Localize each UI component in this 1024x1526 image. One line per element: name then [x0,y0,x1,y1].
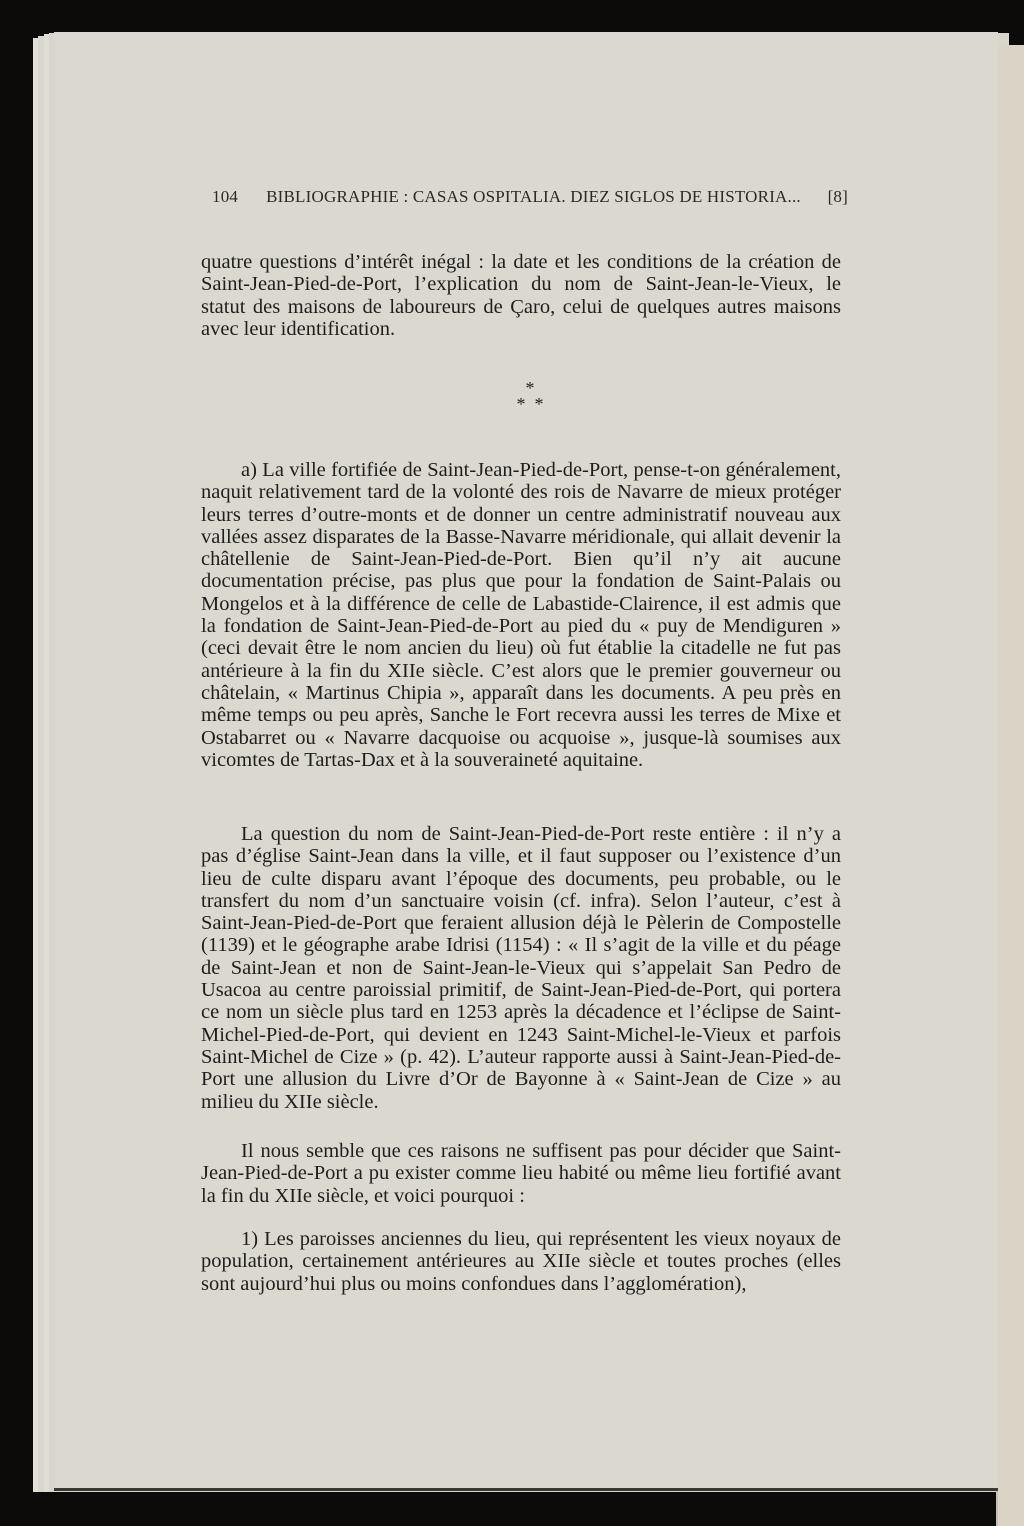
page-number: 104 [212,187,238,207]
running-head: 104 BIBLIOGRAPHIE : CASAS OSPITALIA. DIE… [212,187,848,207]
facing-page-edge [996,45,1024,1526]
section-point-1: 1) Les paroisses anciennes du lieu, qui … [201,1228,841,1295]
running-head-title: BIBLIOGRAPHIE : CASAS OSPITALIA. DIEZ SI… [266,187,827,207]
paragraph: La question du nom de Saint-Jean-Pied-de… [201,823,841,1113]
asterism-divider: * * * [480,380,580,412]
section-argument-intro: Il nous semble que ces raisons ne suffis… [201,1140,841,1207]
paragraph: a) La ville fortifiée de Saint-Jean-Pied… [201,459,841,771]
section-marker: [8] [828,187,848,207]
paragraph: 1) Les paroisses anciennes du lieu, qui … [201,1228,841,1295]
paragraph: quatre questions d’intérêt inégal : la d… [201,251,841,340]
section-name-question: La question du nom de Saint-Jean-Pied-de… [201,823,841,1113]
paragraph: Il nous semble que ces raisons ne suffis… [201,1140,841,1207]
section-a: a) La ville fortifiée de Saint-Jean-Pied… [201,459,841,771]
paragraph-continuation: quatre questions d’intérêt inégal : la d… [201,251,841,340]
